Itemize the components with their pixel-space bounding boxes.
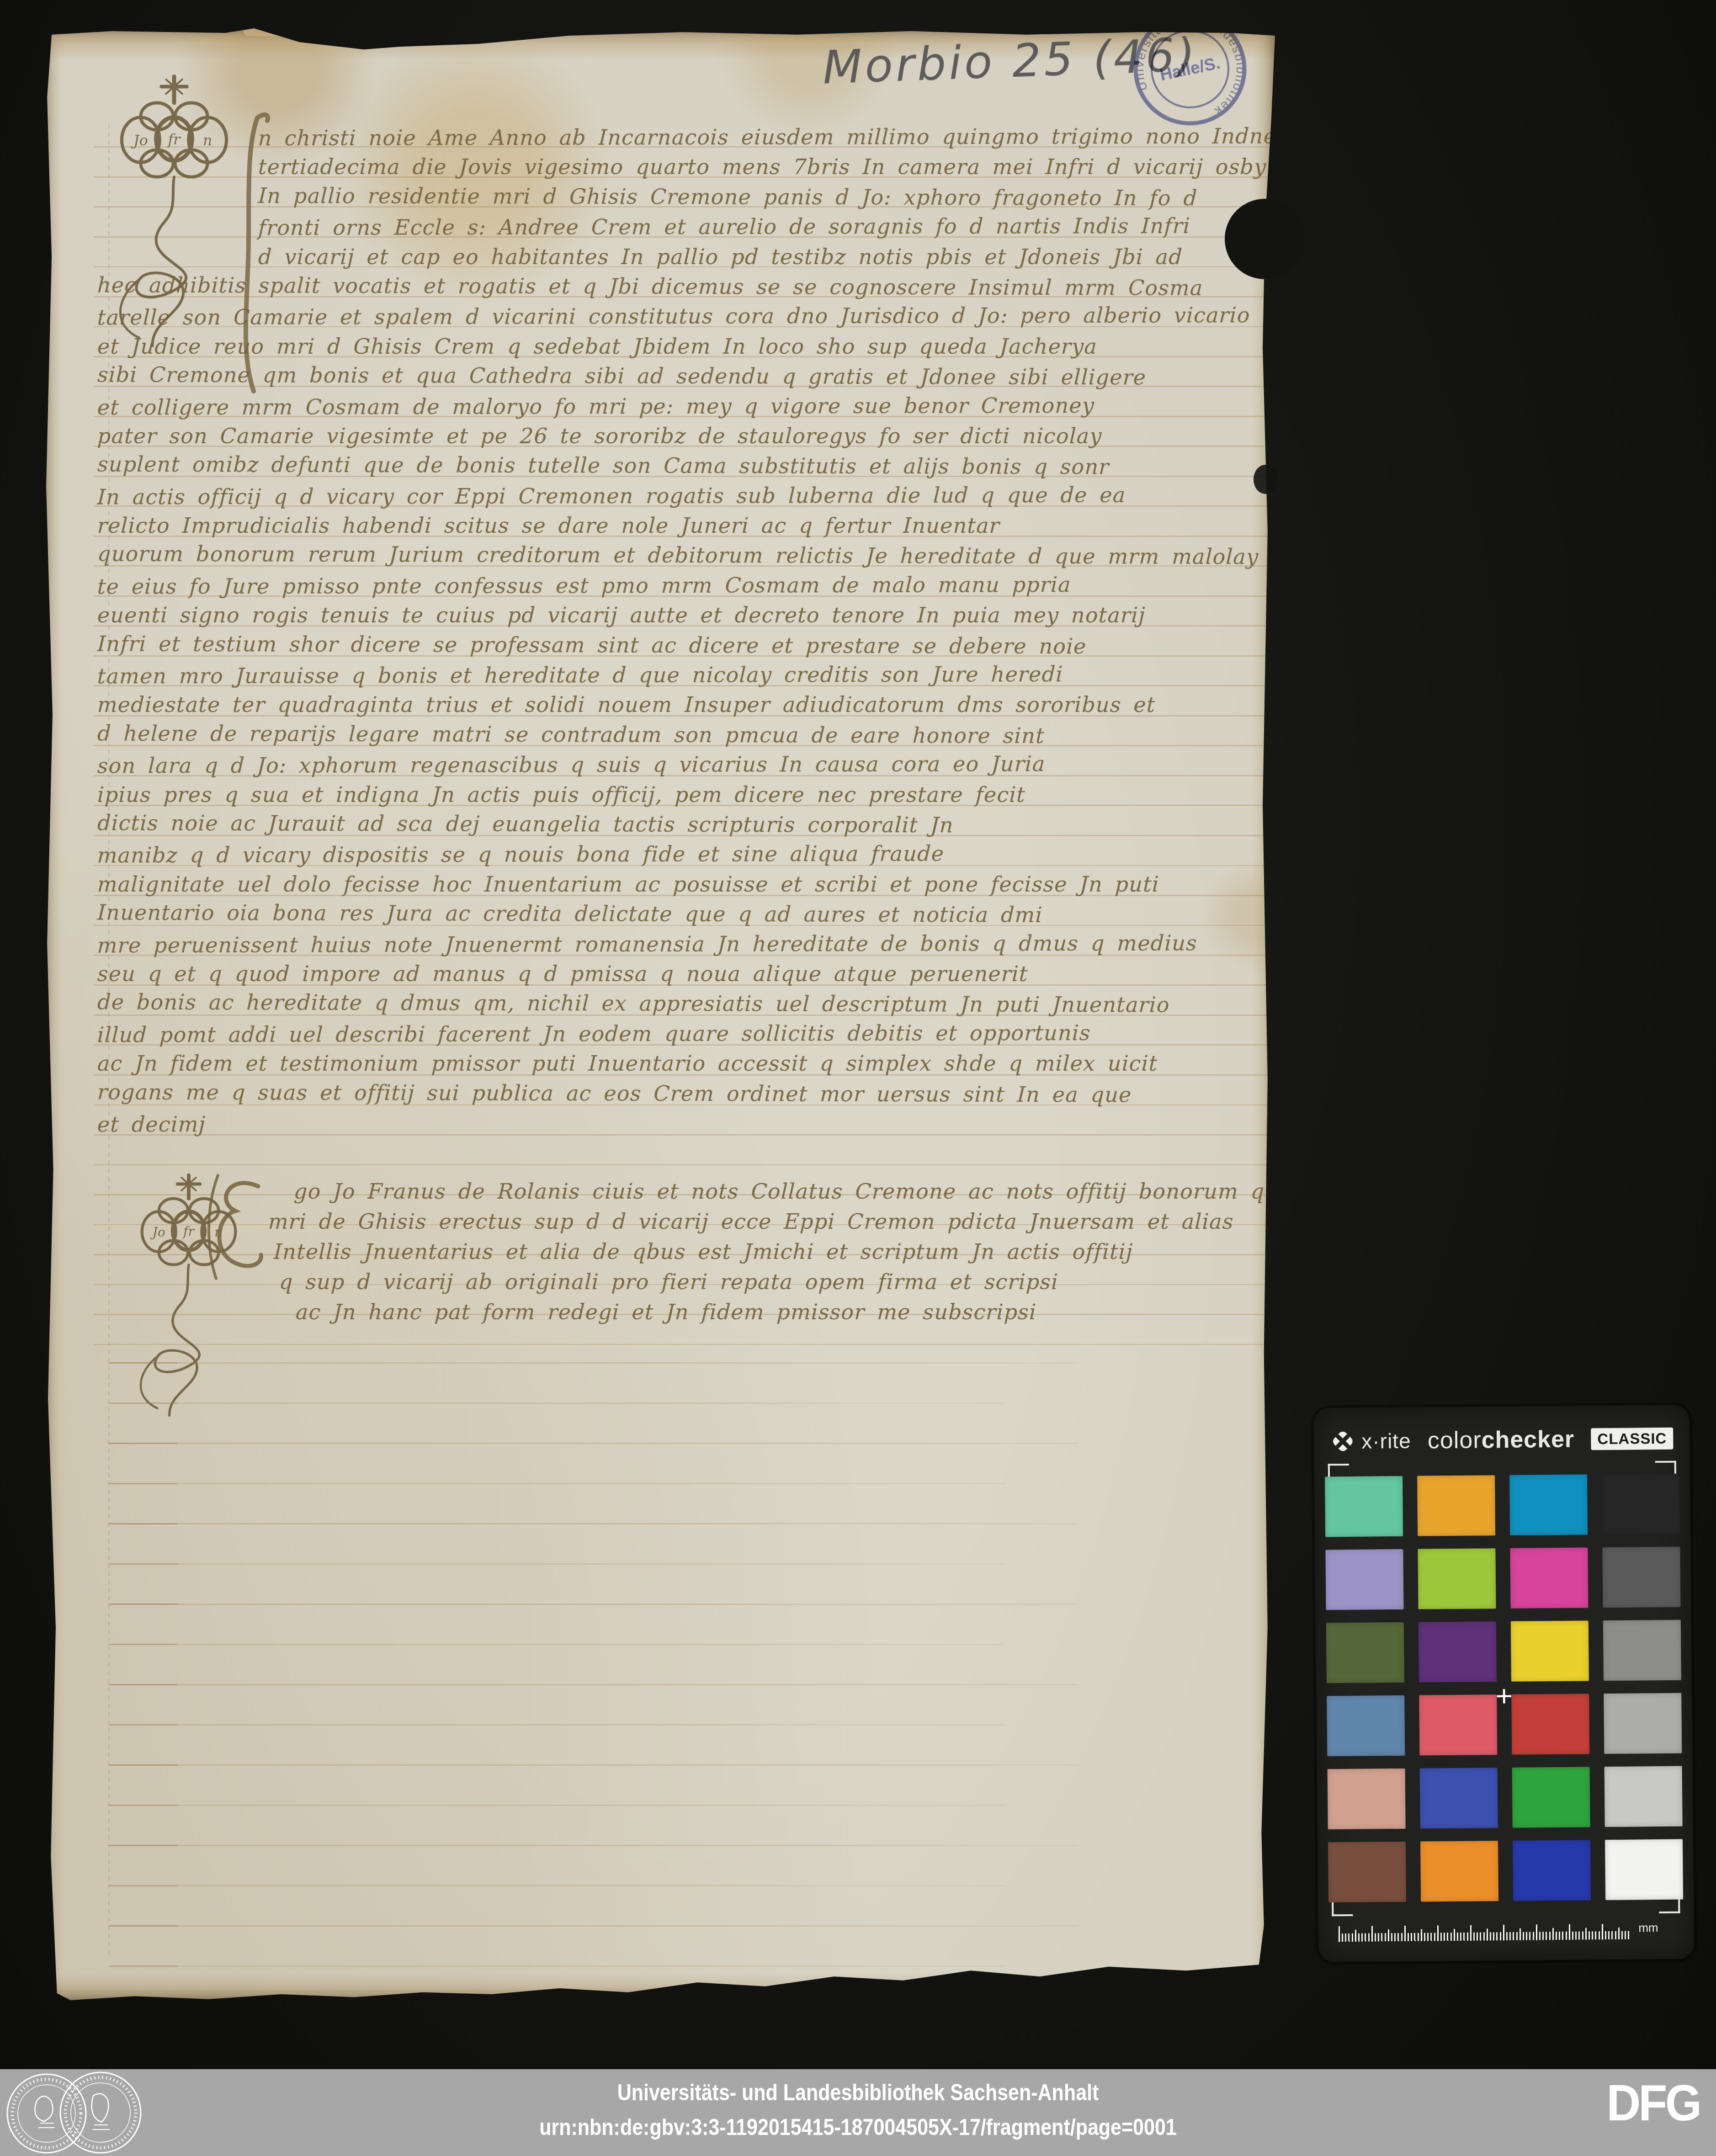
viewer-footer-bar: Universitäts- und Landesbibliothek Sachs… <box>0 2069 1716 2156</box>
color-patch <box>1602 1474 1680 1535</box>
mm-ruler: mm <box>1339 1921 1658 1944</box>
xrite-brand: x·rite <box>1330 1428 1411 1454</box>
title-bold: checker <box>1481 1426 1574 1454</box>
manuscript-line: Inuentario oia bona res Jura ac credita … <box>97 898 1268 931</box>
color-patch <box>1328 1768 1406 1829</box>
library-name: Universitäts- und Landesbibliothek Sachs… <box>120 2081 1596 2104</box>
xrite-brand-text: x·rite <box>1361 1428 1411 1454</box>
manuscript-line: ipius pres q sua et indigna Jn actis pui… <box>97 780 1268 810</box>
ruled-line <box>69 1463 1197 1503</box>
colorchecker-card: x·rite colorchecker CLASSIC + mm <box>1314 1405 1695 1962</box>
manuscript-text-block-2: go Jo Franus de Rolanis ciuis et nots Co… <box>241 1176 1137 1327</box>
torn-edge-fragment <box>244 25 367 39</box>
manuscript-line: n christi noie Ame Anno ab Incarnacois e… <box>258 122 1268 154</box>
color-patch <box>1509 1474 1588 1535</box>
ruled-line <box>69 1905 1197 1945</box>
manuscript-line: te eius fo Jure pmisso pnte confessus es… <box>97 569 1268 602</box>
monogram-letter-fr: fr <box>182 1224 195 1239</box>
color-patch <box>1327 1695 1405 1756</box>
manuscript-line: sibi Cremone qm bonis et qua Cathedra si… <box>97 360 1268 393</box>
manuscript-line: q sup d vicarij ab originali pro fieri r… <box>279 1267 1084 1297</box>
manuscript-line: et colligere mrm Cosmam de maloryo fo mr… <box>97 390 1268 423</box>
color-patch <box>1326 1622 1404 1683</box>
manuscript-line: quorum bonorum rerum Jurium creditorum e… <box>97 539 1268 572</box>
manuscript-line: seu q et q quod impore ad manus q d pmis… <box>97 959 1268 989</box>
manuscript-parchment: Morbio 25 (46) Universitäts- u. Landesbi… <box>43 28 1275 2000</box>
ruled-line <box>69 1945 1197 1986</box>
manuscript-line: pater son Camarie vigesimte et pe 26 te … <box>97 421 1268 451</box>
manuscript-line: rogans me q suas et offitij sui publica … <box>97 1077 1268 1110</box>
center-cross-mark: + <box>1487 1679 1521 1713</box>
manuscript-line: tertiadecima die Jovis vigesimo quarto m… <box>258 152 1268 182</box>
classic-badge: CLASSIC <box>1591 1428 1673 1450</box>
color-patch <box>1602 1547 1680 1608</box>
ruled-line <box>69 1503 1197 1543</box>
colorchecker-header: x·rite colorchecker CLASSIC <box>1330 1423 1673 1457</box>
color-patch <box>1325 1549 1403 1610</box>
manuscript-line: mri de Ghisis erectus sup d d vicarij ec… <box>268 1206 1128 1237</box>
color-patch <box>1418 1621 1497 1682</box>
ruled-line <box>69 1423 1197 1463</box>
monogram-letter-jo: Jo <box>150 1225 165 1240</box>
color-patch <box>1512 1767 1590 1827</box>
manuscript-line: ac Jn fidem et testimonium pmissor puti … <box>97 1049 1268 1078</box>
color-patch <box>1417 1475 1495 1536</box>
ruler-unit-label: mm <box>1638 1921 1658 1935</box>
xrite-logo-icon <box>1330 1429 1355 1454</box>
ruled-line <box>69 1543 1197 1583</box>
manuscript-line: go Jo Franus de Rolanis ciuis et nots Co… <box>293 1176 1117 1206</box>
manuscript-line: d helene de reparijs legare matri se con… <box>97 718 1268 751</box>
color-patch <box>1605 1839 1683 1900</box>
color-patch <box>1420 1841 1498 1901</box>
stamp-center-text: Halle/S. <box>1158 53 1222 85</box>
ruled-line <box>69 1744 1197 1784</box>
manuscript-line: tamen mro Jurauisse q bonis et hereditat… <box>97 659 1268 691</box>
ruled-line <box>69 1664 1197 1704</box>
color-patch <box>1604 1766 1683 1827</box>
manuscript-line: hec adhibitis spalit vocatis et rogatis … <box>97 271 1268 303</box>
color-patch <box>1511 1620 1589 1681</box>
dfg-logo: DFG <box>1606 2077 1700 2129</box>
manuscript-line: illud pomt addi uel describi facerent Jn… <box>97 1018 1268 1050</box>
color-patch <box>1418 1548 1496 1609</box>
color-patch <box>1419 1694 1497 1755</box>
color-patch <box>1513 1840 1591 1901</box>
manuscript-line: Intellis Jnuentarius et alia de qbus est… <box>273 1237 1115 1267</box>
ruled-line <box>69 1784 1197 1825</box>
manuscript-line: mediestate ter quadraginta trius et soli… <box>97 690 1268 720</box>
parchment-edge-notch <box>1225 199 1305 279</box>
manuscript-line: manibz q d vicary dispositis se q nouis … <box>97 839 1268 871</box>
manuscript-line: de bonis ac hereditate q dmus qm, nichil… <box>97 988 1268 1020</box>
color-patch <box>1603 1620 1681 1681</box>
ruled-line <box>69 1865 1197 1905</box>
manuscript-line: suplent omibz defunti que de bonis tutel… <box>97 450 1268 483</box>
scan-viewer-page: Morbio 25 (46) Universitäts- u. Landesbi… <box>0 0 1716 2156</box>
manuscript-line: ac Jn hanc pat form redegi et Jn fidem p… <box>295 1297 918 1327</box>
manuscript-line: d vicarij et cap eo habitantes In pallio… <box>258 242 1268 272</box>
ruler-major-ticks <box>1339 1924 1632 1942</box>
manuscript-line: dictis noie ac Jurauit ad sca dej euange… <box>97 808 1268 841</box>
manuscript-line: relicto Imprudicialis habendi scitus se … <box>97 511 1268 541</box>
parchment-edge-dent <box>1254 465 1277 494</box>
manuscript-line: et decimj <box>97 1107 1268 1140</box>
color-patch <box>1328 1842 1406 1902</box>
manuscript-line: mre peruenissent huius note Jnuenermt ro… <box>97 928 1268 961</box>
empty-ruled-lines <box>69 1342 1197 1986</box>
manuscript-line: et Judice reuo mri d Ghisis Crem q sedeb… <box>97 332 1268 361</box>
color-patch <box>1420 1768 1498 1828</box>
color-patch <box>1511 1694 1589 1754</box>
ruled-line <box>69 1624 1197 1664</box>
manuscript-line: malignitate uel dolo fecisse hoc Inuenta… <box>97 870 1268 899</box>
manuscript-line: euenti signo rogis tenuis te cuius pd vi… <box>97 600 1268 630</box>
manuscript-line: Infri et testium shor dicere se professa… <box>97 629 1268 662</box>
ruled-line <box>69 1583 1197 1624</box>
manuscript-line: In actis officij q d vicary cor Eppi Cre… <box>97 480 1268 512</box>
color-patch <box>1325 1476 1403 1537</box>
manuscript-line: son lara q d Jo: xphorum regenascibus q … <box>97 749 1268 781</box>
urn-identifier: urn:nbn:de:gbv:3:3-1192015415-187004505X… <box>120 2116 1596 2139</box>
ruled-line <box>69 1342 1197 1382</box>
color-patch <box>1604 1693 1682 1754</box>
color-patch <box>1510 1547 1588 1608</box>
ruled-line <box>69 1825 1197 1865</box>
manuscript-line: In pallio residentie mri d Ghisis Cremon… <box>258 181 1268 213</box>
manuscript-line: tarelle son Camarie et spalem d vicarini… <box>97 301 1268 333</box>
ruled-line <box>69 1704 1197 1744</box>
colorchecker-title: colorchecker <box>1411 1425 1591 1454</box>
manuscript-text-block-1: n christi noie Ame Anno ab Incarnacois e… <box>97 122 1267 1138</box>
ruled-line <box>69 1382 1197 1423</box>
title-light: color <box>1428 1427 1482 1454</box>
manuscript-line: fronti orns Eccle s: Andree Crem et aure… <box>258 211 1268 243</box>
